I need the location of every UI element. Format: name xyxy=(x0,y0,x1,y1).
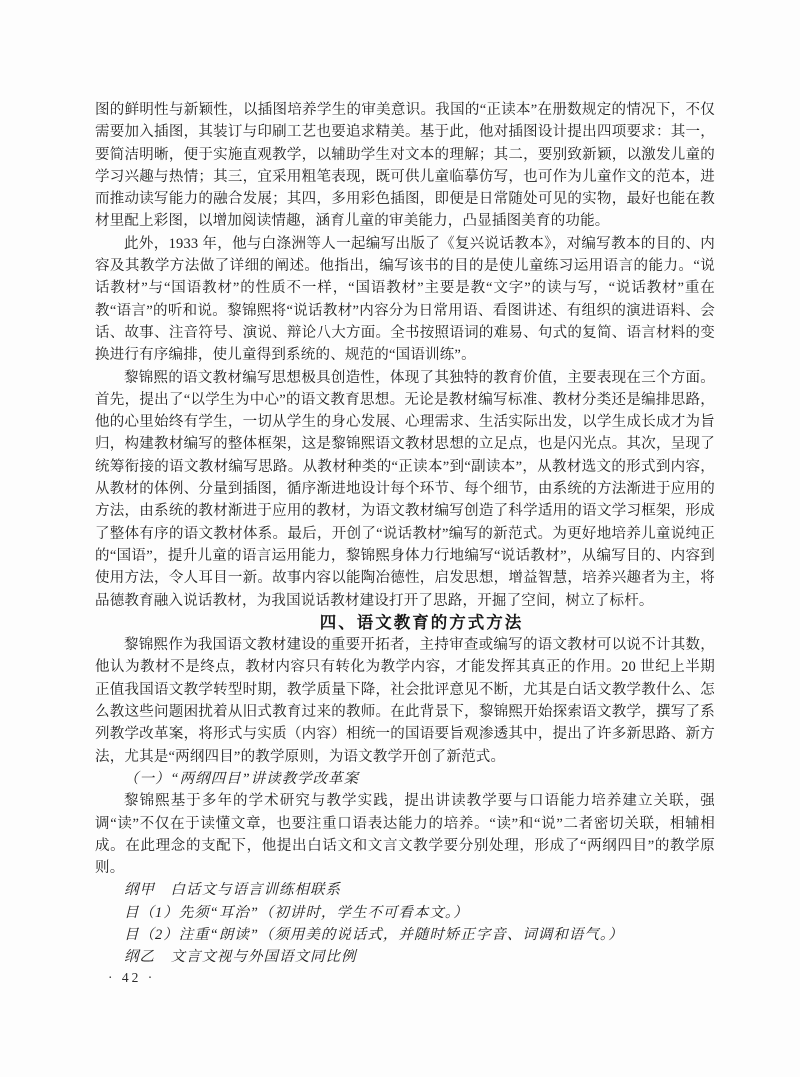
body-paragraph: 图的鲜明性与新颖性，以插图培养学生的审美意识。我国的“正读本”在册数规定的情况下… xyxy=(95,99,715,233)
page-number: · 42 · xyxy=(108,970,155,986)
text-block: 图的鲜明性与新颖性，以插图培养学生的审美意识。我国的“正读本”在册数规定的情况下… xyxy=(95,99,715,969)
subsection-heading: （一）“两纲四目”讲读教学改革案 xyxy=(95,768,715,790)
outline-line: 目（1）先须“耳治”（初讲时，学生不可看本文。） xyxy=(95,902,715,924)
body-paragraph: 黎锦熙基于多年的学术研究与教学实践，提出讲读教学要与口语能力培养建立关联，强调“… xyxy=(95,790,715,879)
body-paragraph: 黎锦熙的语文教材编写思想极具创造性，体现了其独特的教育价值，主要表现在三个方面。… xyxy=(95,367,715,612)
document-page: 图的鲜明性与新颖性，以插图培养学生的审美意识。我国的“正读本”在册数规定的情况下… xyxy=(0,0,800,1077)
body-paragraph: 黎锦熙作为我国语文教材建设的重要开拓者，主持审查或编写的语文教材可以说不计其数，… xyxy=(95,634,715,768)
body-paragraph: 此外，1933 年，他与白涤洲等人一起编写出版了《复兴说话教本》，对编写教本的目… xyxy=(95,233,715,367)
section-heading: 四、语文教育的方式方法 xyxy=(95,612,715,634)
outline-line: 目（2）注重“朗读”（须用美的说话式，并随时矫正字音、词调和语气。） xyxy=(95,924,715,946)
outline-line: 纲乙 文言文视与外国语文同比例 xyxy=(95,946,715,968)
outline-line: 纲甲 白话文与语言训练相联系 xyxy=(95,879,715,901)
